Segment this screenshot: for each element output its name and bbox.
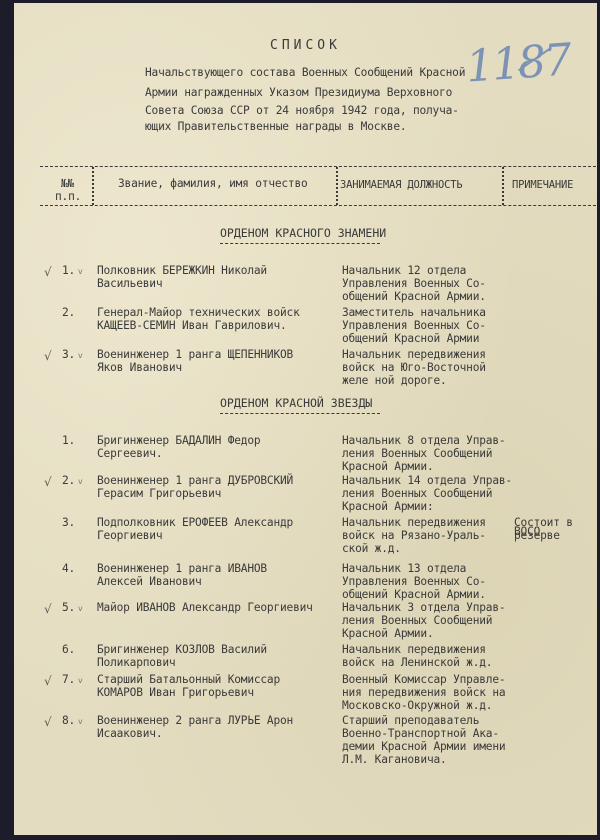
entry-position: Заместитель начальника: [342, 306, 486, 319]
header-bottom-rule: [40, 205, 596, 206]
entry-number: 3.: [62, 348, 75, 361]
entry-number: 3.: [62, 516, 75, 529]
entry-number: 7.: [62, 673, 75, 686]
header-separator: [336, 167, 338, 205]
entry-position: Начальник передвижения: [342, 643, 486, 656]
intro-line-3: Совета Союза ССР от 24 ноября 1942 года,…: [145, 104, 459, 117]
section-heading-underline: [220, 243, 380, 244]
entry-number: 4.: [62, 562, 75, 575]
small-check-mark-icon: v: [78, 267, 83, 276]
entry-position: ления Военных Сообщений: [342, 447, 492, 460]
entry-name: Васильевич: [97, 277, 162, 290]
entry-number: 8.: [62, 714, 75, 727]
entry-position: Л.М. Кагановича.: [342, 753, 447, 766]
entry-position: Старший преподаватель: [342, 714, 479, 727]
header-number-line-1: №№: [61, 177, 74, 190]
entry-name: Военинженер 1 ранга ДУБРОВСКИЙ: [97, 474, 293, 487]
check-mark-icon: √: [44, 715, 52, 729]
entry-number: 2.: [62, 474, 75, 487]
entry-name: Военинженер 1 ранга ИВАНОВ: [97, 562, 267, 575]
entry-position: Управления Военных Со-: [342, 277, 486, 290]
entry-position: ния передвижения войск на: [342, 686, 505, 699]
entry-position: Начальник передвижения: [342, 516, 486, 529]
document-title: СПИСОК: [270, 38, 341, 53]
check-mark-icon: √: [44, 349, 52, 363]
header-separator: [502, 167, 504, 205]
entry-position: ления Военных Сообщений: [342, 487, 492, 500]
entry-position: Начальник 3 отдела Управ-: [342, 601, 505, 614]
small-check-mark-icon: v: [78, 477, 83, 486]
entry-position: Управления Военных Со-: [342, 575, 486, 588]
entry-position: ской ж.д.: [342, 542, 401, 555]
entry-position: Красной Армии.: [342, 627, 434, 640]
entry-name: Бригинженер БАДАЛИН Федор: [97, 434, 260, 447]
section-heading: ОРДЕНОМ КРАСНОГО ЗНАМЕНИ: [220, 226, 386, 240]
entry-position: желе ной дороге.: [342, 374, 447, 387]
entry-position: общений Красной Армии.: [342, 588, 486, 601]
entry-position: общений Красной Армии.: [342, 290, 486, 303]
entry-position: общений Красной Армии: [342, 332, 479, 345]
section-heading: ОРДЕНОМ КРАСНОЙ ЗВЕЗДЫ: [220, 396, 372, 410]
entry-position: Военный Комиссар Управле-: [342, 673, 505, 686]
entry-position: Красной Армии.: [342, 460, 434, 473]
header-position: ЗАНИМАЕМАЯ ДОЛЖНОСТЬ: [340, 179, 462, 192]
entry-number: 1.: [62, 434, 75, 447]
intro-line-2: Армии награжденных Указом Президиума Вер…: [145, 86, 452, 99]
entry-name: Герасим Григорьевич: [97, 487, 221, 500]
small-check-mark-icon: v: [78, 351, 83, 360]
intro-line-4: ющих Правительственные награды в Москве.: [145, 120, 406, 133]
entry-position: Начальник 12 отдела: [342, 264, 466, 277]
entry-position: Начальник 14 отдела Управ-: [342, 474, 512, 487]
entry-position: Начальник передвижения: [342, 348, 486, 361]
entry-name: Военинженер 1 ранга ЩЕПЕННИКОВ: [97, 348, 293, 361]
small-check-mark-icon: v: [78, 676, 83, 685]
entry-number: 6.: [62, 643, 75, 656]
entry-name: Военинженер 2 ранга ЛУРЬЕ Арон: [97, 714, 293, 727]
entry-position: демии Красной Армии имени: [342, 740, 505, 753]
entry-position: войск на Рязано-Ураль-: [342, 529, 486, 542]
entry-number: 2.: [62, 306, 75, 319]
entry-name: Бригинженер КОЗЛОВ Василий: [97, 643, 267, 656]
entry-name: Яков Иванович: [97, 361, 182, 374]
entry-position: Начальник 13 отдела: [342, 562, 466, 575]
entry-name: Георгиевич: [97, 529, 162, 542]
entry-name: КАЩЕЕВ-СЕМИН Иван Гаврилович.: [97, 319, 287, 332]
header-name: Звание, фамилия, имя отчество: [118, 177, 308, 190]
section-heading-underline: [220, 413, 380, 414]
header-note: ПРИМЕЧАНИЕ: [512, 179, 573, 192]
entry-name: КОМАРОВ Иван Григорьевич: [97, 686, 254, 699]
entry-name: Полковник БЕРЕЖКИН Николай: [97, 264, 267, 277]
entry-position: Военно-Транспортной Ака-: [342, 727, 499, 740]
entry-number: 5.: [62, 601, 75, 614]
entry-position: Начальник 8 отдела Управ-: [342, 434, 505, 447]
entry-position: Управления Военных Со-: [342, 319, 486, 332]
entry-name: Исаакович.: [97, 727, 162, 740]
entry-note: ВОСО: [514, 525, 540, 538]
header-number-line-2: п.п.: [55, 190, 81, 203]
entry-position: ления Военных Сообщений: [342, 614, 492, 627]
small-check-mark-icon: v: [78, 604, 83, 613]
small-check-mark-icon: v: [78, 717, 83, 726]
entry-position: войск на Юго-Восточной: [342, 361, 486, 374]
entry-name: Алексей Иванович: [97, 575, 202, 588]
check-mark-icon: √: [44, 265, 52, 279]
entry-name: Майор ИВАНОВ Александр Георгиевич: [97, 601, 313, 614]
header-top-rule: [40, 166, 596, 167]
handwritten-archive-number: 1187: [464, 34, 571, 92]
entry-position: войск на Ленинской ж.д.: [342, 656, 492, 669]
entry-position: Московско-Окружной ж.д.: [342, 699, 492, 712]
header-separator: [92, 167, 94, 205]
entry-name: Поликарпович: [97, 656, 175, 669]
check-mark-icon: √: [44, 602, 52, 616]
entry-number: 1.: [62, 264, 75, 277]
entry-name: Сергеевич.: [97, 447, 162, 460]
entry-name: Подполковник ЕРОФЕЕВ Александр: [97, 516, 293, 529]
entry-name: Генерал-Майор технических войск: [97, 306, 300, 319]
entry-position: Красной Армии:: [342, 500, 434, 513]
intro-line-1: Начальствующего состава Военных Сообщени…: [145, 66, 465, 79]
entry-name: Старший Батальонный Комиссар: [97, 673, 280, 686]
check-mark-icon: √: [44, 475, 52, 489]
check-mark-icon: √: [44, 674, 52, 688]
